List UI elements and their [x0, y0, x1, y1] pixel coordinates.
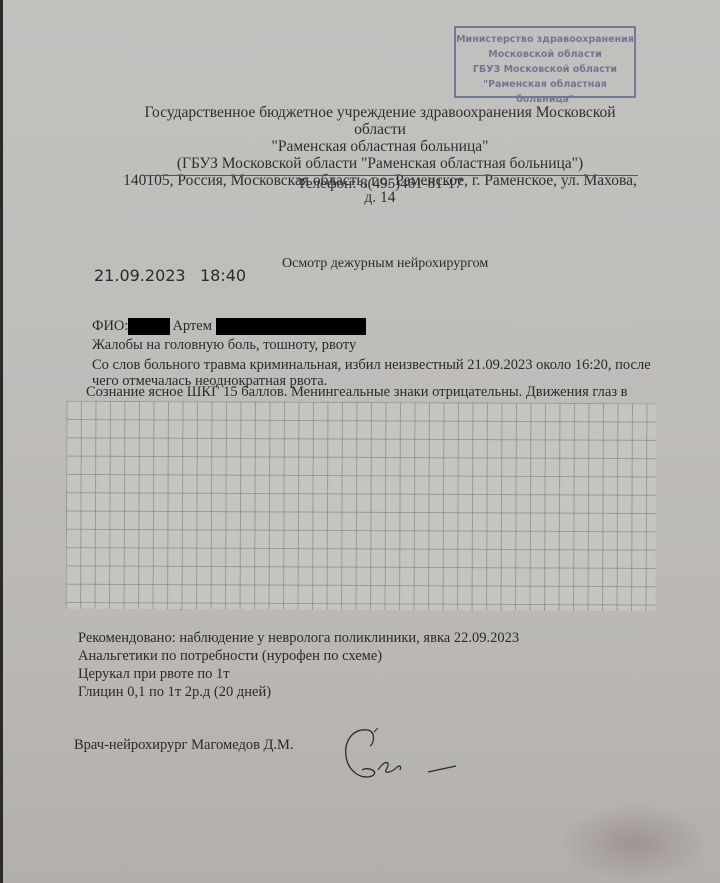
institution-name: Государственное бюджетное учреждение здр…	[120, 104, 640, 138]
institution-short-name: (ГБУЗ Московской области "Раменская обла…	[120, 155, 640, 172]
institution-stamp: Министерство здравоохранения Московской …	[454, 26, 636, 98]
doctor-signature-label: Врач-нейрохирург Магомедов Д.М.	[74, 737, 294, 754]
redacted-surname	[128, 318, 170, 335]
stamp-line: Министерство здравоохранения	[456, 32, 634, 47]
photo-shadow	[560, 803, 710, 883]
neuro-status: Сознание ясное ШКГ 15 баллов. Менингеаль…	[86, 384, 628, 401]
exam-date: 21.09.2023	[94, 266, 186, 285]
stamp-line: "Раменская областная больница"	[456, 77, 634, 107]
hospital-name: "Раменская областная больница"	[120, 138, 640, 155]
fio-label: ФИО:	[92, 318, 128, 335]
patient-first-name: Артем	[172, 318, 211, 335]
handwritten-signature	[338, 722, 468, 787]
document-page: Министерство здравоохранения Московской …	[0, 0, 720, 883]
recommendation-line-4: Глицин 0,1 по 1т 2р.д (20 дней)	[78, 684, 271, 701]
anamnesis-line-1: Со слов больного травма криминальная, из…	[92, 357, 651, 374]
stamp-line: ГБУЗ Московской области	[456, 62, 634, 77]
institution-phone: Телефон: 8(495)461-81-17	[120, 176, 640, 193]
recommendation-line-3: Церукал при рвоте по 1т	[78, 666, 230, 683]
complaints: Жалобы на головную боль, тошноту, рвоту	[92, 337, 356, 354]
exam-title: Осмотр дежурным нейрохирургом	[282, 256, 488, 272]
recommendation-line-1: Рекомендовано: наблюдение у невролога по…	[78, 630, 519, 647]
stamp-line: Московской области	[456, 47, 634, 62]
graph-paper-cover	[66, 401, 657, 612]
redacted-patronymic	[216, 318, 366, 335]
patient-name-row: ФИО: Артем	[92, 317, 366, 335]
recommendation-line-2: Анальгетики по потребности (нурофен по с…	[78, 648, 382, 665]
exam-time: 18:40	[200, 266, 246, 285]
